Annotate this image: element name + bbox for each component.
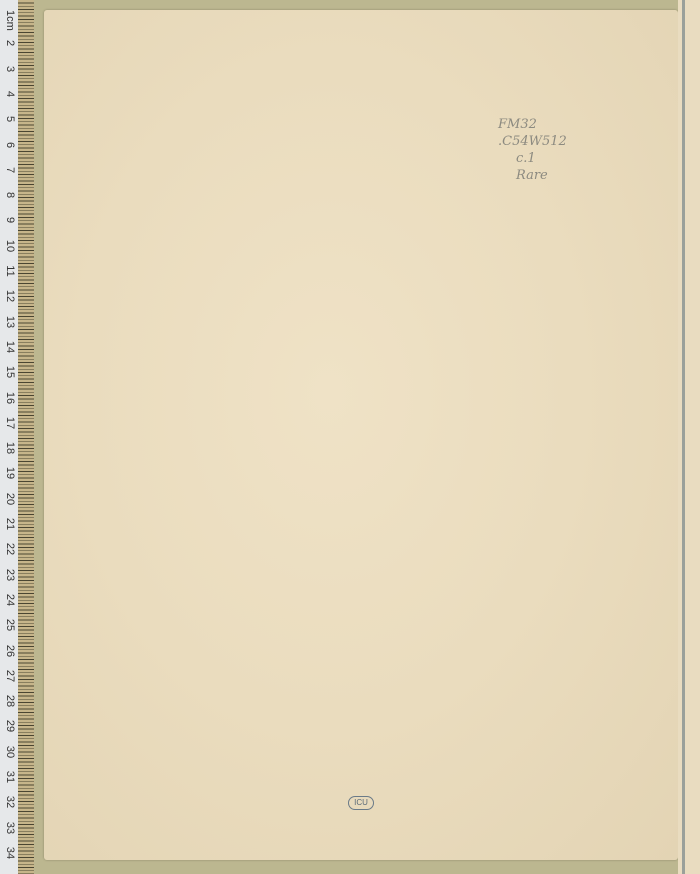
ruler-label: 16 bbox=[4, 390, 16, 406]
blank-page bbox=[44, 10, 678, 860]
ruler-label: 17 bbox=[4, 415, 16, 431]
ruler-label: 32 bbox=[4, 794, 16, 810]
ruler-label: 26 bbox=[4, 643, 16, 659]
ruler-label: 30 bbox=[4, 744, 16, 760]
ruler-label: 23 bbox=[4, 567, 16, 583]
ruler-label: 21 bbox=[4, 516, 16, 532]
binding-thread bbox=[682, 0, 685, 874]
ruler-label: 13 bbox=[4, 314, 16, 330]
ruler-label: 6 bbox=[4, 137, 16, 153]
ruler-label: 10 bbox=[4, 238, 16, 254]
measurement-ruler: 1cm2345678910111213141516171819202122232… bbox=[0, 0, 32, 874]
ruler-label: 34 bbox=[4, 845, 16, 861]
ruler-label: 19 bbox=[4, 465, 16, 481]
ruler-label: 4 bbox=[4, 86, 16, 102]
ruler-ticks bbox=[18, 0, 34, 874]
ruler-label: 27 bbox=[4, 668, 16, 684]
library-stamp: ICU bbox=[348, 796, 374, 810]
ruler-label: 9 bbox=[4, 212, 16, 228]
ruler-label: 20 bbox=[4, 491, 16, 507]
copy-number: c.1 bbox=[498, 150, 567, 167]
ruler-label: 5 bbox=[4, 111, 16, 127]
collection-label: Rare bbox=[498, 167, 567, 184]
ruler-label: 28 bbox=[4, 693, 16, 709]
call-number-line-1: FM32 bbox=[498, 116, 567, 133]
ruler-label: 1cm bbox=[4, 10, 16, 26]
call-number-line-2: .C54W512 bbox=[498, 133, 567, 150]
ruler-label: 31 bbox=[4, 769, 16, 785]
ruler-label: 25 bbox=[4, 617, 16, 633]
ruler-label: 18 bbox=[4, 440, 16, 456]
ruler-label: 24 bbox=[4, 592, 16, 608]
ruler-label: 15 bbox=[4, 364, 16, 380]
ruler-label: 22 bbox=[4, 541, 16, 557]
ruler-label: 2 bbox=[4, 35, 16, 51]
ruler-label: 3 bbox=[4, 61, 16, 77]
ruler-label: 33 bbox=[4, 820, 16, 836]
ruler-label: 12 bbox=[4, 288, 16, 304]
ruler-label: 8 bbox=[4, 187, 16, 203]
catalog-note: FM32 .C54W512 c.1 Rare bbox=[498, 116, 567, 184]
ruler-label: 7 bbox=[4, 162, 16, 178]
ruler-label: 29 bbox=[4, 718, 16, 734]
ruler-label: 14 bbox=[4, 339, 16, 355]
ruler-label: 11 bbox=[4, 263, 16, 279]
